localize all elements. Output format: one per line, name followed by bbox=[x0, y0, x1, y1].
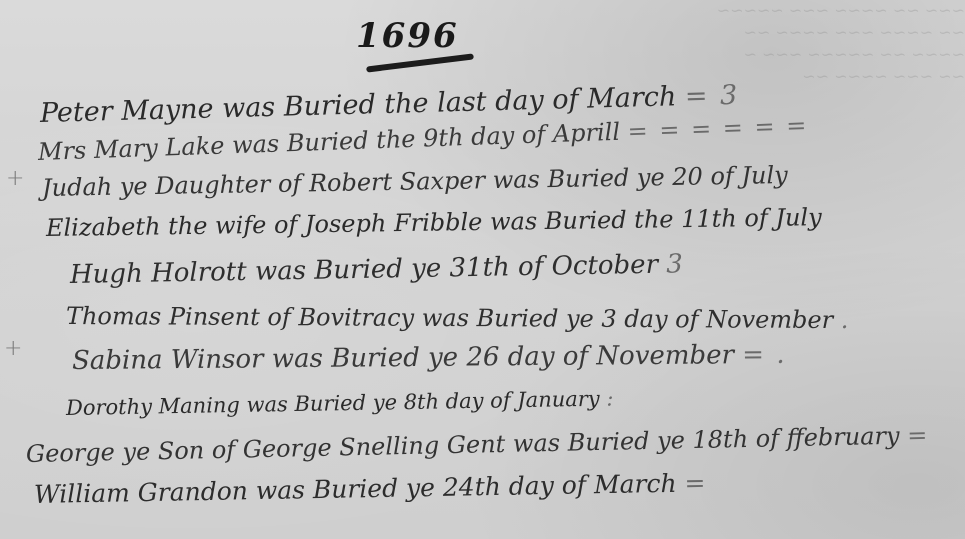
entry-text: Dorothy Maning was Buried ye 8th day of … bbox=[66, 387, 600, 420]
margin-cross-mark: + bbox=[6, 166, 24, 191]
entry-tail: 3 bbox=[666, 249, 685, 279]
entry-text: Elizabeth the wife of Joseph Fribble was… bbox=[46, 203, 822, 242]
entry-tail: = bbox=[907, 421, 930, 449]
burial-entry: Hugh Holrott was Buried ye 31th of Octob… bbox=[70, 249, 685, 290]
margin-cross-mark: + bbox=[4, 336, 22, 361]
entry-text: Sabina Winsor was Buried ye 26 day of No… bbox=[72, 340, 734, 376]
entry-tail: = 3 bbox=[684, 80, 739, 112]
burial-entry: Elizabeth the wife of Joseph Fribble was… bbox=[46, 203, 822, 242]
entry-tail: . bbox=[841, 306, 851, 334]
show-through-text: ~~~ ~~ ~~~~ ~~~ ~~~~~~~ ~~~~ ~~~ ~~~~ ~~… bbox=[560, 0, 965, 90]
burial-entry: Dorothy Maning was Buried ye 8th day of … bbox=[66, 386, 616, 420]
entry-tail: = . bbox=[742, 340, 787, 370]
year-underline bbox=[366, 53, 474, 72]
register-page: ~~~ ~~ ~~~~ ~~~ ~~~~~~~ ~~~~ ~~~ ~~~~ ~~… bbox=[0, 0, 965, 539]
entry-tail: : bbox=[606, 386, 615, 410]
entry-text: Judah ye Daughter of Robert Saxper was B… bbox=[42, 161, 788, 202]
entry-text: George ye Son of George Snelling Gent wa… bbox=[26, 422, 900, 468]
entry-text: William Grandon was Buried ye 24th day o… bbox=[34, 469, 677, 509]
burial-entry: Thomas Pinsent of Bovitracy was Buried y… bbox=[66, 302, 851, 334]
burial-entry: William Grandon was Buried ye 24th day o… bbox=[34, 468, 708, 509]
entry-text: Hugh Holrott was Buried ye 31th of Octob… bbox=[70, 250, 659, 290]
burial-entry: Judah ye Daughter of Robert Saxper was B… bbox=[42, 161, 788, 202]
page-year: 1696 bbox=[356, 16, 459, 56]
entry-tail: = bbox=[684, 468, 707, 497]
entry-tail: = = = = = = bbox=[627, 111, 809, 145]
burial-entry: George ye Son of George Snelling Gent wa… bbox=[26, 421, 930, 468]
entry-text: Thomas Pinsent of Bovitracy was Buried y… bbox=[66, 302, 833, 334]
burial-entry: Sabina Winsor was Buried ye 26 day of No… bbox=[72, 340, 787, 376]
